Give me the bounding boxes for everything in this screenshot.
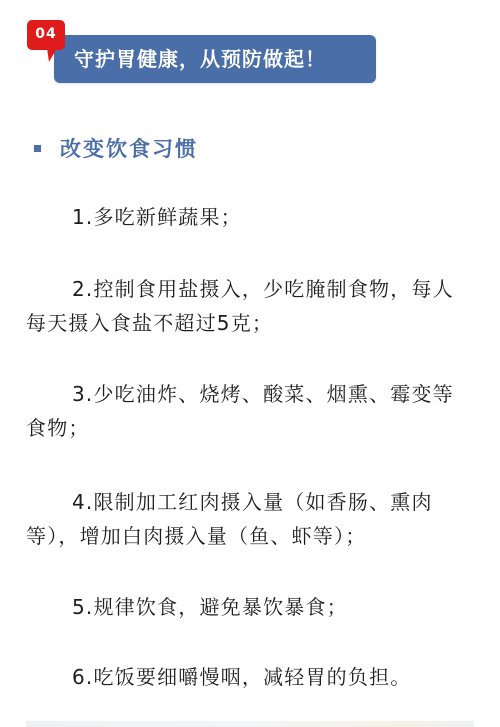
- list-item: 2.控制食用盐摄入，少吃腌制食物，每人每天摄入食盐不超过5克；: [26, 272, 474, 340]
- list-item: 3.少吃油炸、烧烤、酸菜、烟熏、霉变等食物；: [26, 377, 474, 445]
- square-bullet-icon: [34, 145, 41, 152]
- section-heading-text: 改变饮食习惯: [60, 133, 198, 163]
- next-image-edge: [26, 721, 474, 727]
- list-item: 1.多吃新鲜蔬果；: [26, 200, 474, 234]
- section-banner: 04 守护胃健康，从预防做起！: [0, 0, 500, 100]
- list-item: 4.限制加工红肉摄入量（如香肠、熏肉等），增加白肉摄入量（鱼、虾等）；: [26, 485, 474, 553]
- banner-title: 守护胃健康，从预防做起！: [74, 35, 326, 83]
- banner-title-box: 守护胃健康，从预防做起！: [54, 35, 376, 83]
- list-item: 5.规律饮食，避免暴饮暴食；: [26, 590, 474, 624]
- section-number: 04: [27, 20, 65, 48]
- list-item: 6.吃饭要细嚼慢咽，减轻胃的负担。: [26, 660, 474, 694]
- section-number-tag: 04: [27, 20, 65, 50]
- section-heading: 改变饮食习惯: [34, 133, 198, 163]
